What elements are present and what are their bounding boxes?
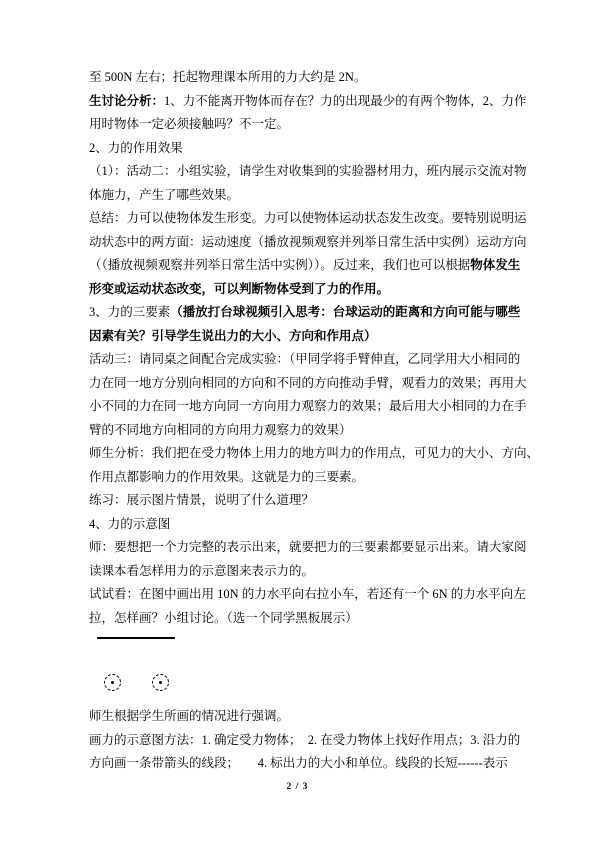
text-run: 力在同一地方分别向相同的方向和不同的方向推动手臂，观看力的效果；再用大: [89, 376, 527, 390]
text-line: 形变或运动状态改变，可以判断物体受到了力的作用。: [89, 278, 513, 302]
text-run: 拉，怎样画？小组讨论。（选一个同学黑板展示）: [89, 611, 358, 625]
text-run: 方向画一条带箭头的线段； 4. 标出力的大小和单位。线段的长短------表示: [89, 756, 508, 770]
text-run: 师生分析：我们把在受力物体上用力的地方叫力的作用点，可见力的大小、方向、: [89, 446, 539, 460]
text-run: 体施力，产生了哪些效果。: [89, 188, 239, 202]
text-run: 作用点都影响力的作用效果。这就是力的三要素。: [89, 470, 364, 484]
main-text-block: 至 500N 左右；托起物理课本所用的力大约是 2N。 生讨论分析：1、力不能离…: [89, 66, 513, 630]
text-run-bold: 物体发生: [470, 258, 520, 272]
text-run-bold: 生讨论分析：: [89, 94, 164, 108]
text-run: 用时物体一定必须接触吗？不一定。: [89, 117, 289, 131]
text-line: 师生根据学生所画的情况进行强调。: [89, 705, 513, 729]
text-line: 练习：展示图片情景，说明了什么道理？: [89, 489, 513, 513]
text-run-bold: 因素有关？引导学生说出力的大小、方向和作用点）: [89, 329, 377, 343]
text-line: 拉，怎样画？小组讨论。（选一个同学黑板展示）: [89, 607, 513, 631]
text-line: 师：要想把一个力完整的表示出来，就要把力的三要素都要显示出来。请大家阅: [89, 536, 513, 560]
text-run: （1）：活动二：小组实验，请学生对收集到的实验器材用力，班内展示交流对物: [89, 164, 527, 178]
text-line: （（播放视频观察并列举日常生活中实例））。反过来，我们也可以根据物体发生: [89, 254, 513, 278]
text-run: （（播放视频观察并列举日常生活中实例））。反过来，我们也可以根据: [89, 258, 470, 272]
text-line: 读课本看怎样用力的示意图来表示力的。: [89, 560, 513, 584]
document-page: 至 500N 左右；托起物理课本所用的力大约是 2N。 生讨论分析：1、力不能离…: [0, 0, 595, 842]
text-line: 生讨论分析：1、力不能离开物体而存在？力的出现最少的有两个物体，2、力作: [89, 90, 513, 114]
text-run: 试试看：在图中画出用 10N 的力水平向右拉小车，若还有一个 6N 的力水平向左: [89, 587, 526, 601]
text-line: 用时物体一定必须接触吗？不一定。: [89, 113, 513, 137]
text-run: 师生根据学生所画的情况进行强调。: [89, 709, 289, 723]
text-run: 画力的示意图方法：1. 确定受力物体； 2. 在受力物体上找好作用点；3. 沿力…: [89, 733, 520, 747]
text-run: 师：要想把一个力完整的表示出来，就要把力的三要素都要显示出来。请大家阅: [89, 540, 527, 554]
text-line: 2、力的作用效果: [89, 137, 513, 161]
text-run-bold: （播放打台球视频引入思考：台球运动的距离和方向可能与哪些: [170, 305, 520, 319]
text-run-bold: 形变或运动状态改变，可以判断物体受到了力的作用。: [89, 282, 389, 296]
text-line: （1）：活动二：小组实验，请学生对收集到的实验器材用力，班内展示交流对物: [89, 160, 513, 184]
text-line: 画力的示意图方法：1. 确定受力物体； 2. 在受力物体上找好作用点；3. 沿力…: [89, 729, 513, 753]
text-run: 动状态中的两方面：运动速度（播放视频观察并列举日常生活中实例）运动方向: [89, 235, 527, 249]
text-line: 力在同一地方分别向相同的方向和不同的方向推动手臂，观看力的效果；再用大: [89, 372, 513, 396]
text-line: 试试看：在图中画出用 10N 的力水平向右拉小车，若还有一个 6N 的力水平向左: [89, 583, 513, 607]
text-line: 师生分析：我们把在受力物体上用力的地方叫力的作用点，可见力的大小、方向、: [89, 442, 513, 466]
wheel-hub-icon: [111, 681, 114, 684]
text-run: 1、力不能离开物体而存在？力的出现最少的有两个物体，2、力作: [164, 94, 527, 108]
text-line: 小不同的力在同一地方向同一方向用力观察力的效果；最后用大小相同的力在手: [89, 395, 513, 419]
text-line: 因素有关？引导学生说出力的大小、方向和作用点）: [89, 325, 513, 349]
text-line: 作用点都影响力的作用效果。这就是力的三要素。: [89, 466, 513, 490]
text-run: 总结：力可以使物体发生形变。力可以使物体运动状态发生改变。要特别说明运: [89, 211, 527, 225]
text-run: 活动三：请同桌之间配合完成实验：（甲同学将手臂伸直，乙同学用大小相同的: [89, 352, 520, 366]
text-run: 练习：展示图片情景，说明了什么道理？: [89, 493, 314, 507]
text-run: 小不同的力在同一地方向同一方向用力观察力的效果；最后用大小相同的力在手: [89, 399, 527, 413]
text-run: 读课本看怎样用力的示意图来表示力的。: [89, 564, 314, 578]
text-line: 至 500N 左右；托起物理课本所用的力大约是 2N。: [89, 66, 513, 90]
text-line: 4、力的示意图: [89, 513, 513, 537]
wheel-hub-icon: [159, 681, 162, 684]
text-line: 活动三：请同桌之间配合完成实验：（甲同学将手臂伸直，乙同学用大小相同的: [89, 348, 513, 372]
cart-wheel-icon: [152, 674, 169, 691]
text-run: 4、力的示意图: [89, 517, 170, 531]
text-line: 方向画一条带箭头的线段； 4. 标出力的大小和单位。线段的长短------表示: [89, 752, 513, 776]
text-run: 2、力的作用效果: [89, 141, 183, 155]
text-line: 总结：力可以使物体发生形变。力可以使物体运动状态发生改变。要特别说明运: [89, 207, 513, 231]
page-number: 2 / 3: [0, 782, 595, 792]
text-line: 臂的不同地方向相同的方向用力观察力的效果）: [89, 419, 513, 443]
text-line: 动状态中的两方面：运动速度（播放视频观察并列举日常生活中实例）运动方向: [89, 231, 513, 255]
bottom-text-block: 师生根据学生所画的情况进行强调。 画力的示意图方法：1. 确定受力物体； 2. …: [89, 705, 513, 776]
text-line: 体施力，产生了哪些效果。: [89, 184, 513, 208]
text-run: 臂的不同地方向相同的方向用力观察力的效果）: [89, 423, 352, 437]
text-run: 至 500N 左右；托起物理课本所用的力大约是 2N。: [89, 70, 366, 84]
text-line: 3、力的三要素（播放打台球视频引入思考：台球运动的距离和方向可能与哪些: [89, 301, 513, 325]
answer-blank-line: [97, 637, 175, 639]
cart-wheel-icon: [104, 674, 121, 691]
text-run: 3、力的三要素: [89, 305, 170, 319]
